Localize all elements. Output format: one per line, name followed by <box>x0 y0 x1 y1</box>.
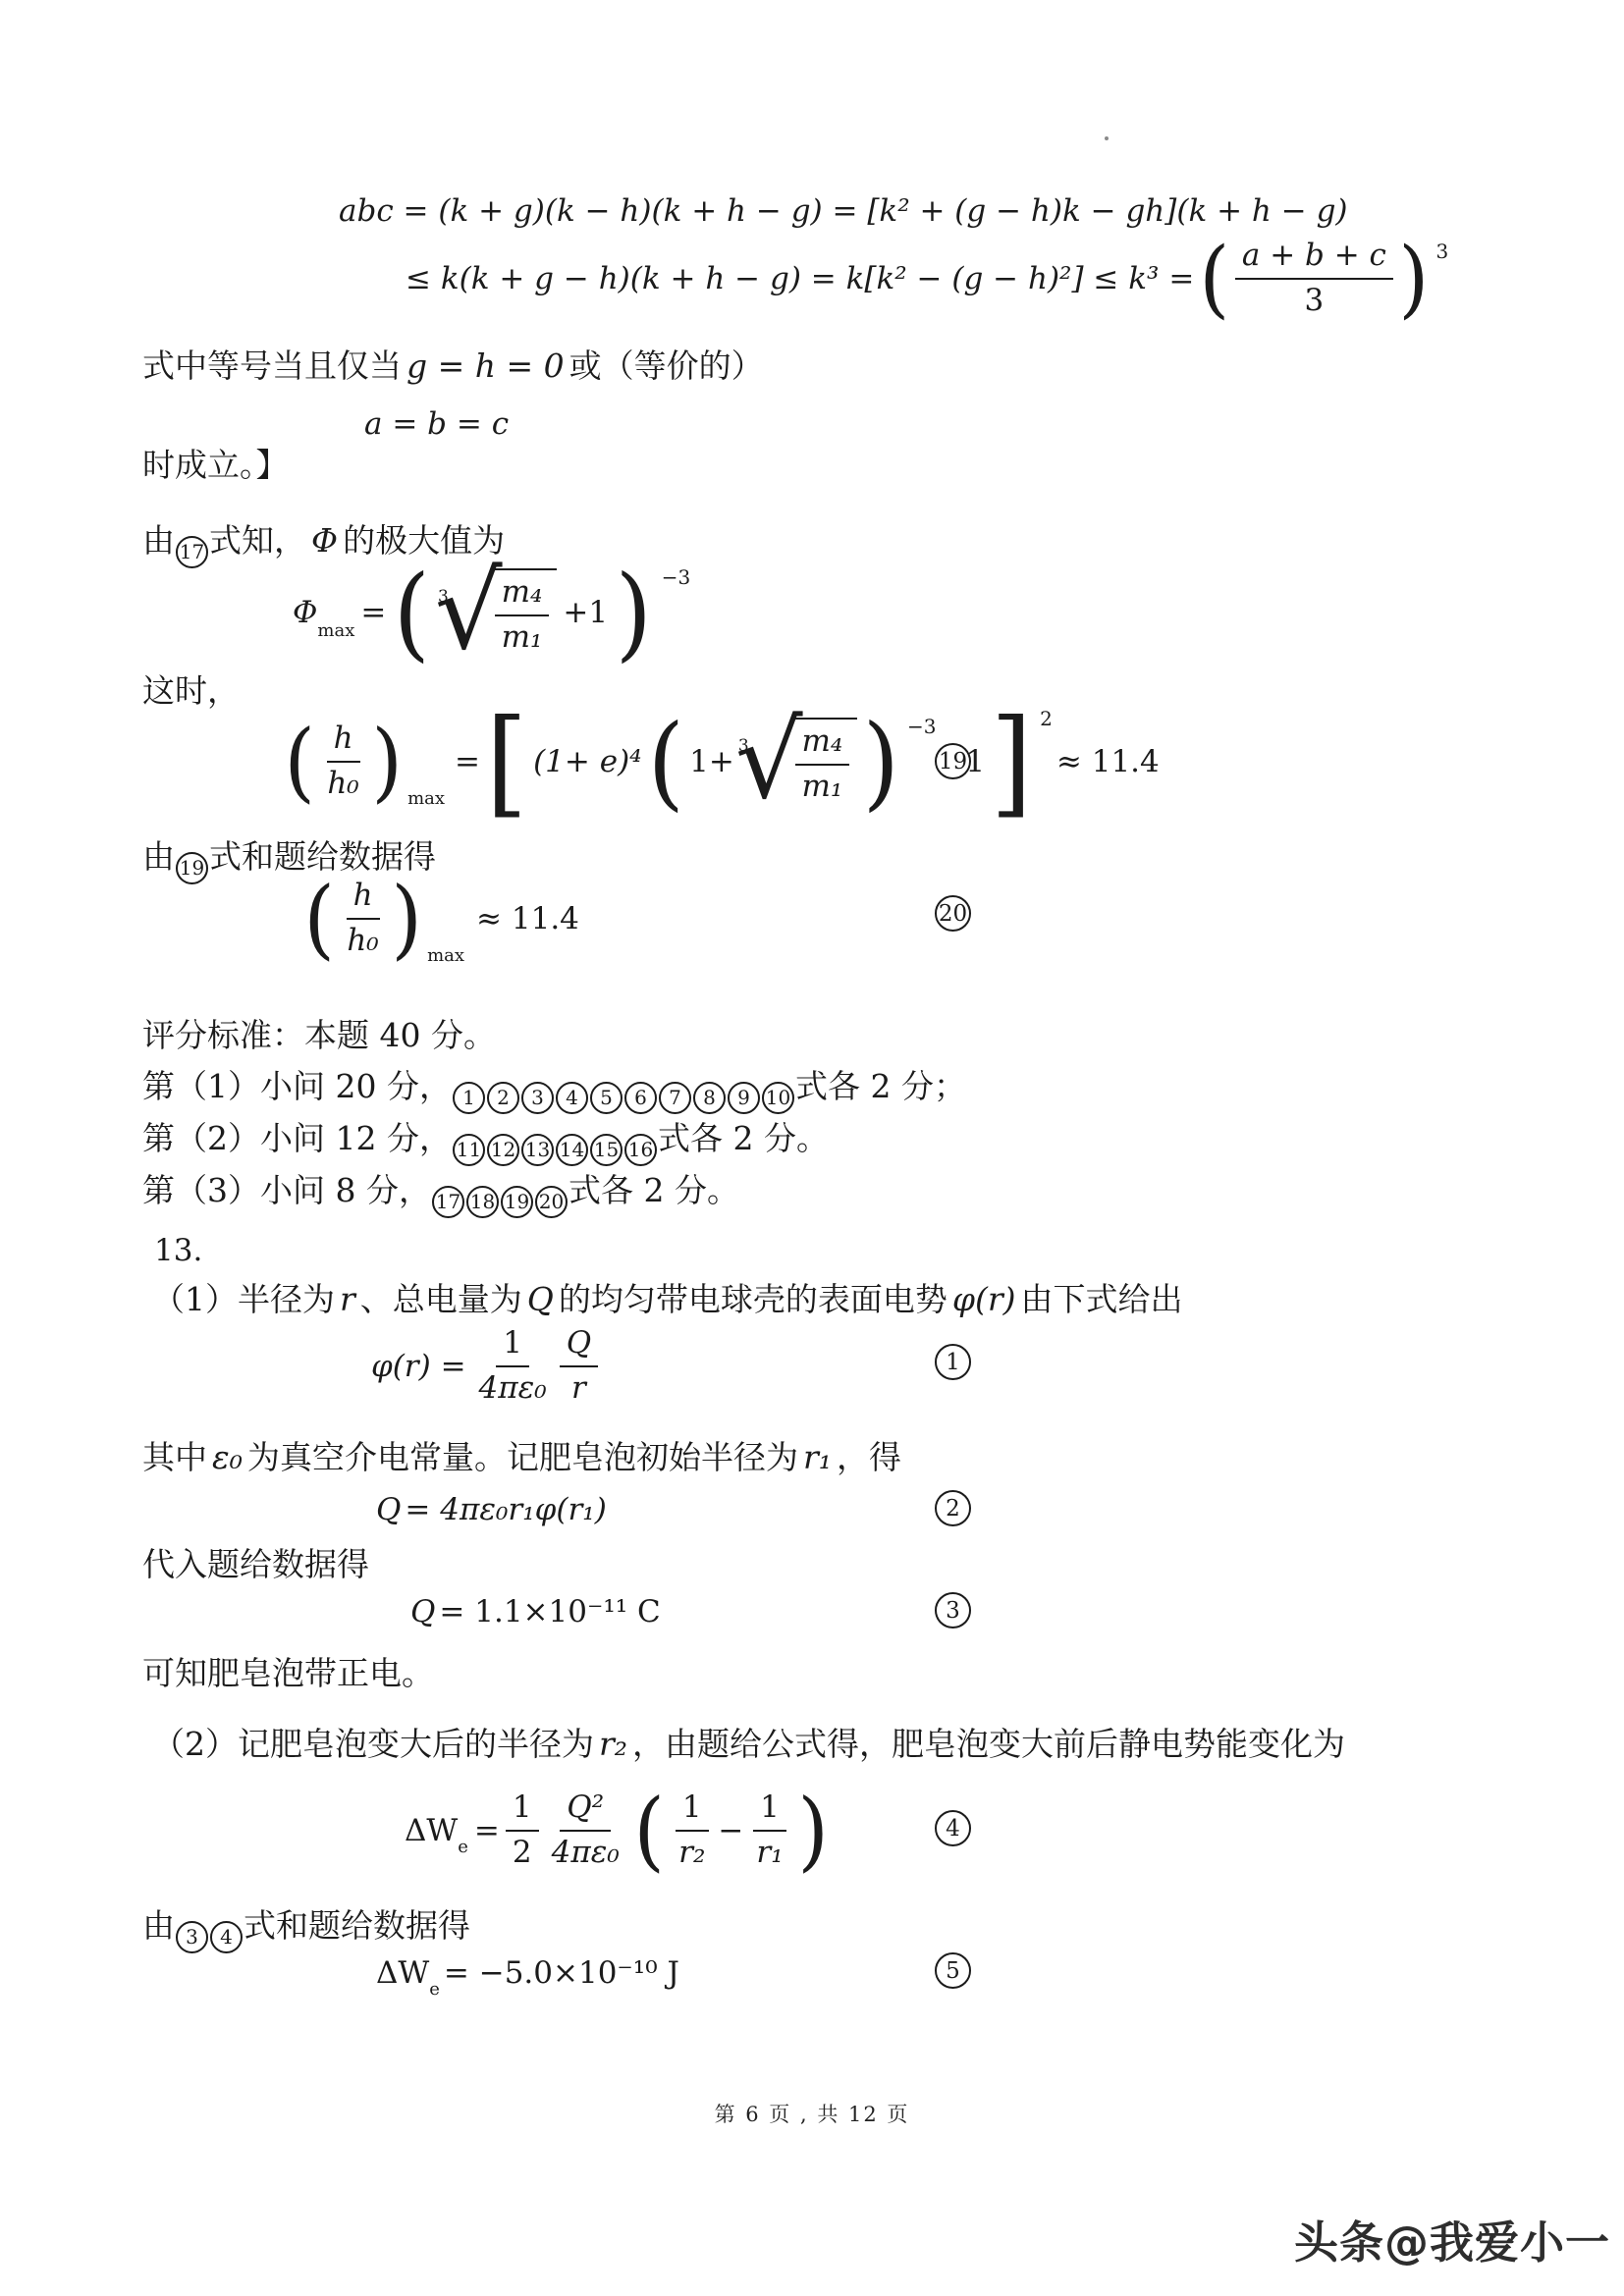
q13-epsilon-line: 其中ε₀为真空介电常量。记肥皂泡初始半径为r₁，得 <box>142 1434 901 1481</box>
circled-number: 16 <box>624 1134 657 1166</box>
scoring-line-2: 第（2）小问 12 分，111213141516式各 2 分。 <box>142 1115 829 1166</box>
math-text: g = h = 0 <box>406 347 565 385</box>
subscript-max: max <box>407 790 445 808</box>
text: 的均匀带电球壳的表面电势 <box>559 1280 947 1318</box>
denominator: 4πε₀ <box>545 1832 626 1872</box>
text: 可知肥皂泡带正电。 <box>142 1654 434 1692</box>
scoring-title: 评分标准：本题 40 分。 <box>142 1012 496 1059</box>
subscript-e: e <box>429 1979 440 2000</box>
one-plus: 1+ <box>689 744 734 779</box>
equation-text: abc = (k + g)(k − h)(k + h − g) = [k² + … <box>339 193 1348 229</box>
denominator: h₀ <box>320 763 365 803</box>
phi-symbol: Φ <box>311 521 338 560</box>
equation-20: ( h h₀ ) max ≈ 11.4 <box>302 874 579 964</box>
numerator: 1 <box>506 1789 539 1832</box>
delta-W: ΔW <box>376 1955 429 1991</box>
left-paren: ( <box>303 876 335 962</box>
lhs: ΔWe <box>376 1955 440 1991</box>
text: 式和题给数据得 <box>244 1906 470 1945</box>
stray-mark <box>1105 136 1109 140</box>
equation-2: Q = 4πε₀r₁φ(r₁) <box>376 1488 607 1531</box>
lhs: Φmax <box>293 595 354 630</box>
equation-1: φ(r) = 1 4πε₀ Q r <box>371 1326 598 1407</box>
text: 13. <box>154 1233 202 1268</box>
circled-number: 2 <box>487 1082 519 1114</box>
circled-number-list: 111213141516 <box>452 1119 658 1157</box>
text: 评分标准：本题 40 分。 <box>142 1016 496 1054</box>
text: 由 <box>142 837 175 876</box>
circled-number: 11 <box>453 1134 485 1166</box>
lhs: φ(r) = <box>371 1349 466 1384</box>
radical-sign: √ <box>435 560 503 666</box>
numerator: Q² <box>560 1789 611 1832</box>
numerator: m₄ <box>795 723 850 766</box>
left-bracket: [ <box>486 704 527 820</box>
minus-sign: − <box>718 1813 743 1848</box>
circled-number: 4 <box>556 1082 588 1114</box>
fraction: a + b + c 3 <box>1235 238 1393 320</box>
circled-number: 8 <box>693 1082 726 1114</box>
fraction-h-h0: h h₀ <box>340 878 385 960</box>
right-paren: ) <box>391 876 422 962</box>
text: 时成立。】 <box>142 446 289 484</box>
var-phi-r: φ(r) <box>952 1280 1016 1318</box>
text: ，由题给公式得，肥皂泡变大前后静电势能变化为 <box>632 1725 1345 1763</box>
denominator: 4πε₀ <box>472 1367 554 1408</box>
circled-number: 5 <box>590 1082 623 1114</box>
circled-number: 15 <box>590 1134 623 1166</box>
then-line: 这时， <box>142 667 240 715</box>
scoring-line-3: 第（3）小问 8 分，17181920式各 2 分。 <box>142 1167 739 1218</box>
var-epsilon0: ε₀ <box>212 1438 243 1476</box>
fraction-1-r2: 1 r₂ <box>672 1789 712 1872</box>
var-Q: Q <box>376 1492 401 1527</box>
numerator: Q <box>560 1325 598 1367</box>
subscript-max: max <box>317 620 354 641</box>
right-paren: ) <box>797 1788 829 1874</box>
denominator: r₁ <box>749 1832 789 1872</box>
circled-ref-17: 17 <box>176 536 208 568</box>
radical-index: 3 <box>438 587 449 607</box>
numerator: 1 <box>753 1789 786 1832</box>
left-paren: ( <box>1200 237 1230 321</box>
subscript-max: max <box>427 947 464 965</box>
text: 由下式给出 <box>1020 1280 1182 1318</box>
right-paren: ) <box>863 711 899 813</box>
circled-number: 9 <box>728 1082 760 1114</box>
var-r2: r₂ <box>599 1725 627 1763</box>
circled-number: 13 <box>521 1134 554 1166</box>
equation-3-label: 3 <box>935 1592 971 1629</box>
equation-19: ( h h₀ ) max = [ (1+ e)⁴ ( 1+ 3 √ m₄ m₁ … <box>283 702 1160 822</box>
circled-number: 17 <box>432 1186 464 1218</box>
numerator: h <box>347 878 380 920</box>
fraction: m₄ m₁ <box>795 723 850 806</box>
phi-symbol: Φ <box>293 595 317 630</box>
text: 式各 2 分。 <box>568 1171 739 1209</box>
fraction-coulomb: 1 4πε₀ <box>472 1325 554 1408</box>
fraction: m₄ m₁ <box>495 574 550 657</box>
equation-20-label: 20 <box>935 895 971 932</box>
text: （2）记肥皂泡变大后的半径为 <box>152 1725 594 1763</box>
circled-number: 1 <box>453 1082 485 1114</box>
text: 由 <box>142 1906 175 1945</box>
equation-3: Q = 1.1×10⁻¹¹ C <box>410 1590 661 1633</box>
numerator: m₄ <box>495 574 550 616</box>
equation-2-label: 2 <box>935 1490 971 1526</box>
equals-sign: = <box>455 744 480 779</box>
equation-text: a = b = c <box>364 406 509 442</box>
inner-exponent: −3 <box>907 717 936 736</box>
denominator: r <box>565 1367 593 1408</box>
text: 这时， <box>142 671 240 710</box>
right-paren: ) <box>616 561 652 664</box>
cube-root-radical: 3 √ m₄ m₁ <box>438 560 557 666</box>
circled-number-list: 17181920 <box>431 1171 568 1209</box>
var-r: r <box>340 1280 355 1318</box>
page-footer: 第 6 页 , 共 12 页 <box>0 2099 1624 2128</box>
circled-number: 20 <box>535 1186 568 1218</box>
equation-5: ΔWe = −5.0×10⁻¹⁰ J <box>376 1951 679 1995</box>
equals-sign: = <box>360 595 386 630</box>
text: 式中等号当且仅当 <box>142 347 402 385</box>
text: 第（1）小问 20 分， <box>142 1067 452 1105</box>
approx-value: ≈ 11.4 <box>476 901 579 936</box>
lemma-closing-line: 时成立。】 <box>142 442 289 489</box>
circled-ref-19: 19 <box>176 852 208 884</box>
exponent: 3 <box>1435 241 1448 261</box>
circled-number: 7 <box>659 1082 691 1114</box>
q13-part2-intro: （2）记肥皂泡变大后的半径为r₂，由题给公式得，肥皂泡变大前后静电势能变化为 <box>152 1721 1345 1768</box>
circled-number: 19 <box>501 1186 533 1218</box>
lemma-equation-line-1: abc = (k + g)(k − h)(k + h − g) = [k² + … <box>339 193 1348 229</box>
text: 代入题给数据得 <box>142 1545 369 1583</box>
circled-number: 10 <box>762 1082 794 1114</box>
denominator: m₁ <box>795 766 850 806</box>
equation-5-label: 5 <box>935 1952 971 1989</box>
fraction-Q2: Q² 4πε₀ <box>545 1789 626 1872</box>
text: 式知， <box>209 521 306 560</box>
circled-number: 3 <box>521 1082 554 1114</box>
lemma-equation-line-2: ≤ k(k + g − h)(k + h − g) = k[k² − (g − … <box>406 236 1448 322</box>
circled-number: 18 <box>466 1186 499 1218</box>
equation-phi-max: Φmax = ( 3 √ m₄ m₁ +1 ) −3 <box>293 560 690 666</box>
numerator: h <box>327 721 360 763</box>
q13-part1-intro: （1）半径为r、总电量为Q的均匀带电球壳的表面电势φ(r)由下式给出 <box>152 1276 1182 1323</box>
left-paren: ( <box>647 711 683 813</box>
outer-exponent: 2 <box>1040 709 1053 728</box>
left-paren: ( <box>284 719 315 805</box>
equality-condition-line: 式中等号当且仅当g = h = 0或（等价的） <box>142 343 764 390</box>
equation-19-label: 19 <box>935 743 971 779</box>
equation-a-b-c: a = b = c <box>364 406 509 442</box>
equation-text: = 4πε₀r₁φ(r₁) <box>405 1492 606 1527</box>
cube-root-radical: 3 √ m₄ m₁ <box>738 709 857 815</box>
watermark-text: 头条@我爱小一 <box>1294 2216 1610 2269</box>
var-Q: Q <box>410 1594 435 1629</box>
numerator: 1 <box>496 1325 529 1367</box>
denominator: 2 <box>506 1832 539 1872</box>
q13-substitute-line: 代入题给数据得 <box>142 1541 369 1588</box>
approx-value: ≈ 11.4 <box>1056 744 1160 779</box>
numerator: a + b + c <box>1235 238 1393 280</box>
text: 其中 <box>142 1438 207 1476</box>
equation-4-label: 4 <box>935 1810 971 1846</box>
text: 式各 2 分； <box>795 1067 966 1105</box>
denominator: r₂ <box>672 1832 712 1872</box>
problem-13-number: 13. <box>154 1233 202 1268</box>
text: ，得 <box>837 1438 901 1476</box>
fraction-1-r1: 1 r₁ <box>749 1789 789 1872</box>
delta-W: ΔW <box>405 1813 458 1848</box>
left-paren: ( <box>394 561 430 664</box>
text: （1）半径为 <box>152 1280 335 1318</box>
scoring-line-1: 第（1）小问 20 分，12345678910式各 2 分； <box>142 1063 966 1114</box>
denominator: 3 <box>1298 280 1331 320</box>
equation-1-label: 1 <box>935 1344 971 1380</box>
text: 第（3）小问 8 分， <box>142 1171 431 1209</box>
text: 或（等价的） <box>569 347 764 385</box>
circled-number: 12 <box>487 1134 519 1166</box>
circled-number: 6 <box>624 1082 657 1114</box>
var-Q: Q <box>527 1280 554 1318</box>
text: 、总电量为 <box>360 1280 522 1318</box>
circled-number: 14 <box>556 1134 588 1166</box>
one-plus-e-pow4: (1+ e)⁴ <box>533 744 642 779</box>
equation-text: = −5.0×10⁻¹⁰ J <box>444 1955 679 1991</box>
denominator: m₁ <box>495 616 550 657</box>
plus-one: +1 <box>563 595 608 630</box>
var-r1: r₁ <box>803 1438 832 1476</box>
q13-positive-charge-line: 可知肥皂泡带正电。 <box>142 1650 434 1697</box>
watermark: 头条@我爱小一 <box>1294 2207 1610 2270</box>
circled-ref-3: 3 <box>176 1921 208 1953</box>
q13-from-3-4-line: 由34式和题给数据得 <box>142 1902 470 1953</box>
exponent: −3 <box>662 567 690 587</box>
equation-text: = 1.1×10⁻¹¹ C <box>439 1594 660 1629</box>
equals-sign: = <box>474 1813 500 1848</box>
text: 由 <box>142 521 175 560</box>
lhs: ΔWe <box>405 1813 468 1848</box>
radical-sign: √ <box>735 709 803 815</box>
right-paren: ) <box>1398 237 1429 321</box>
circled-ref-4: 4 <box>210 1921 243 1953</box>
circled-number-list: 12345678910 <box>452 1067 795 1105</box>
text: 第（2）小问 12 分， <box>142 1119 452 1157</box>
right-paren: ) <box>371 719 403 805</box>
document-page: abc = (k + g)(k − h)(k + h − g) = [k² + … <box>0 0 1624 2296</box>
numerator: 1 <box>676 1789 709 1832</box>
fraction-h-h0: h h₀ <box>320 721 365 803</box>
equation-4: ΔWe = 1 2 Q² 4πε₀ ( 1 r₂ − 1 r₁ ) <box>405 1787 830 1875</box>
text: 为真空介电常量。记肥皂泡初始半径为 <box>247 1438 798 1476</box>
text: 式各 2 分。 <box>658 1119 829 1157</box>
fraction-half: 1 2 <box>506 1789 539 1872</box>
radical-index: 3 <box>738 736 749 756</box>
right-bracket: ] <box>991 704 1032 820</box>
equation-text: ≤ k(k + g − h)(k + h − g) = k[k² − (g − … <box>406 261 1194 296</box>
page-number-text: 第 6 页 , 共 12 页 <box>715 2103 910 2126</box>
denominator: h₀ <box>340 920 385 960</box>
subscript-e: e <box>458 1837 468 1857</box>
fraction-Q-r: Q r <box>560 1325 598 1408</box>
left-paren: ( <box>633 1788 665 1874</box>
